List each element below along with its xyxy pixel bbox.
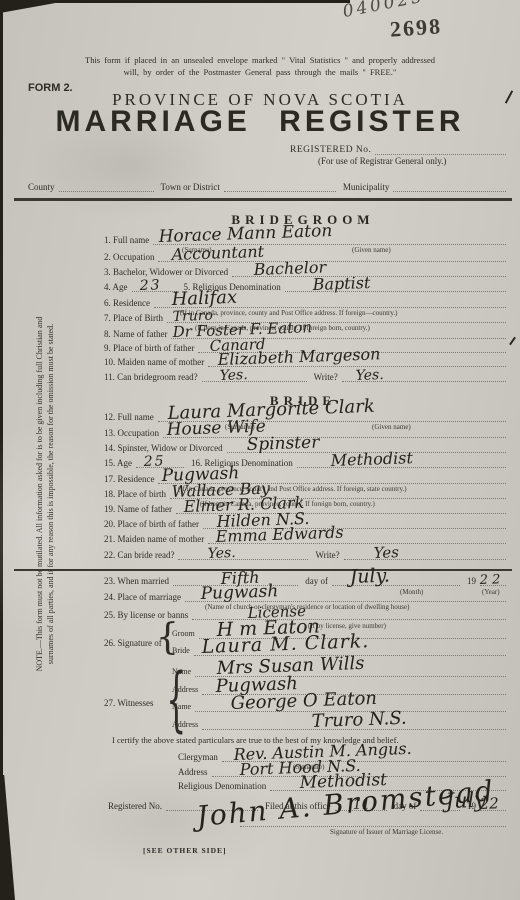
field-line: House Wife xyxy=(163,422,506,438)
field-line: Methodist xyxy=(297,452,506,468)
field-label: Religious Denomination xyxy=(178,781,270,791)
field-groom-mother: 10. Maiden name of mother Elizabeth Marg… xyxy=(104,351,506,367)
margin-note-line2: surnames of all parties, and if for any … xyxy=(45,240,56,748)
field-line: Emma Edwards xyxy=(208,528,506,544)
field-label: Write? xyxy=(307,372,342,382)
issuer-caption: Signature of Issuer of Marriage License. xyxy=(330,828,443,836)
field-label: 25. By license or banns xyxy=(104,610,192,620)
see-other-side: [SEE OTHER SIDE] xyxy=(143,846,227,855)
field-label: day of xyxy=(298,576,332,586)
field-label: 22. Can bride read? xyxy=(104,550,178,560)
municipality-line xyxy=(393,176,506,192)
field-line: Yes. xyxy=(342,366,506,382)
field-bride-full-name: 12. Full name Laura Margorite Clark xyxy=(104,406,506,422)
marriage-register-document: 040025 2698 This form if placed in an un… xyxy=(0,0,520,900)
handwritten-value: July. xyxy=(349,565,390,588)
paper-stain xyxy=(0,420,120,640)
postal-notice: This form if placed in an unsealed envel… xyxy=(55,54,465,78)
field-line: July. xyxy=(332,570,460,586)
field-groom-full-name: 1. Full name Horace Mann Eaton xyxy=(104,229,506,245)
handwritten-value: Spinster xyxy=(246,432,319,455)
witnesses-label: 27. Witnesses xyxy=(104,698,157,708)
registered-no-row: REGISTERED No. xyxy=(290,139,506,155)
field-label: 15. Age xyxy=(104,458,136,468)
handwritten-value: Yes. xyxy=(208,545,236,562)
field-line: Horace Mann Eaton xyxy=(153,229,506,245)
field-line: Elizabeth Margeson xyxy=(208,351,506,367)
field-line: Yes xyxy=(344,544,506,560)
registrar-only-note: (For use of Registrar General only.) xyxy=(318,156,446,166)
field-witness2-address: Address Truro N.S. xyxy=(172,714,506,730)
field-label: 21. Maiden name of mother xyxy=(104,534,208,544)
field-label: 23. When married xyxy=(104,576,173,586)
handwritten-value: Baptist xyxy=(312,273,370,294)
field-label: Write? xyxy=(308,550,343,560)
page-title: MARRIAGE REGISTER xyxy=(0,105,520,139)
field-groom-literacy: 11. Can bridegroom read? Yes. Write? Yes… xyxy=(104,366,506,382)
margin-note-line1: NOTE.—This form must not be mutilated. A… xyxy=(34,240,45,748)
field-line: Pugwash xyxy=(185,586,506,602)
field-groom-status: 3. Bachelor, Widower or Divorced Bachelo… xyxy=(104,261,506,277)
field-label: 11. Can bridegroom read? xyxy=(104,372,202,382)
field-label: Registered No. xyxy=(108,801,166,811)
field-line: Yes. xyxy=(178,544,308,560)
field-label: 24. Place of marriage xyxy=(104,592,185,602)
witnesses-brace: { xyxy=(166,664,186,734)
stamped-number: 2698 xyxy=(389,13,443,43)
field-label: 19 xyxy=(460,576,480,586)
field-bride-residence: 17. Residence Pugwash xyxy=(104,468,506,484)
handwritten-value: Emma Edwards xyxy=(216,523,344,546)
handwritten-value: Truro N.S. xyxy=(311,708,407,732)
field-label: 1. Full name xyxy=(104,235,153,245)
signature-brace: { xyxy=(156,620,179,656)
scan-corner-bottom-left xyxy=(0,775,15,900)
town-line xyxy=(224,176,336,192)
county-label: County xyxy=(28,182,59,192)
postal-notice-line2: will, by order of the Postmaster General… xyxy=(55,66,465,78)
section-rule xyxy=(14,198,512,201)
town-label: Town or District xyxy=(154,182,224,192)
county-row: County Town or District Municipality xyxy=(28,176,506,192)
registered-no-label: REGISTERED No. xyxy=(290,145,375,155)
field-groom-residence: 6. Residence Halifax xyxy=(104,292,506,308)
field-label: 12. Full name xyxy=(104,412,158,422)
field-label: 7. Place of Birth xyxy=(104,313,167,323)
postal-notice-line1: This form if placed in an unsealed envel… xyxy=(55,54,465,66)
county-line xyxy=(59,176,154,192)
stray-pen-mark xyxy=(509,337,516,346)
handwritten-value: Pugwash xyxy=(200,581,278,604)
handwritten-value: 2 2 xyxy=(479,572,500,588)
field-line: Halifax xyxy=(154,292,506,308)
field-when-married: 23. When married Fifth day of July. 19 2… xyxy=(104,570,506,586)
handwritten-value: 23 xyxy=(139,277,161,294)
field-groom-age-denomination: 4. Age 23 5. Religious Denomination Bapt… xyxy=(104,276,506,292)
field-bride-status: 14. Spinster, Widow or Divorced Spinster xyxy=(104,437,506,453)
field-bride-literacy: 22. Can bride read? Yes. Write? Yes xyxy=(104,544,506,560)
municipality-label: Municipality xyxy=(336,182,394,192)
handwritten-value: Yes xyxy=(373,543,399,562)
margin-note: NOTE.—This form must not be mutilated. A… xyxy=(34,240,56,748)
field-line: Accountant xyxy=(158,246,506,262)
field-line: 2 2 xyxy=(480,570,506,586)
field-place-of-marriage: 24. Place of marriage Pugwash xyxy=(104,586,506,602)
field-line: Baptist xyxy=(285,276,506,292)
field-label: 4. Age xyxy=(104,282,132,292)
field-witness1-name: Name Mrs Susan Wills xyxy=(172,661,506,677)
field-bride-mother: 21. Maiden name of mother Emma Edwards xyxy=(104,528,506,544)
handwritten-value: Halifax xyxy=(171,287,237,310)
registered-no-line xyxy=(375,139,506,155)
field-line: Truro N.S. xyxy=(202,714,506,730)
handwritten-value: Accountant xyxy=(172,242,265,264)
handwritten-value: Methodist xyxy=(330,448,413,470)
field-line: 23 xyxy=(132,276,177,292)
handwritten-value: Yes. xyxy=(219,367,247,384)
handwritten-value: Yes. xyxy=(355,367,383,384)
